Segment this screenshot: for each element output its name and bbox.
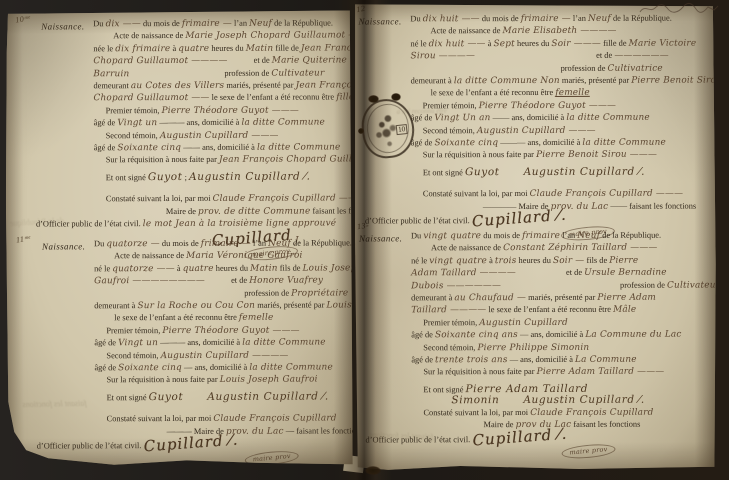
printed-text: demeurant: [93, 81, 130, 90]
handwritten-text: Pierre Théodore Guyot ———: [162, 325, 299, 335]
handwritten-text: quatre: [178, 44, 209, 54]
printed-text: Du: [410, 14, 422, 23]
printed-text: heures du: [516, 256, 553, 265]
printed-text: demeurant à: [94, 301, 137, 310]
handwritten-text: Jean Franc.: [301, 43, 353, 53]
printed-text: et de: [252, 56, 272, 65]
birth-record-entry: 11ᵐᵉNaissance.Du quatorze — du mois de f…: [6, 237, 353, 465]
printed-text: du mois de: [160, 239, 201, 248]
handwritten-text: trente trois ans: [435, 355, 508, 365]
handwritten-text: dix huit ——: [429, 39, 486, 49]
record-line: Maire de prov. de ditte Commune faisant …: [94, 205, 349, 218]
record-line: Sur la réquisition à nous faite par Pier…: [411, 149, 715, 162]
entry-body: Du vingt quatre du mois de frimaire l’an…: [411, 230, 716, 459]
record-line: âgé de Vingt un ——— ans, domicilié à la …: [94, 337, 349, 350]
printed-text: Maire de: [166, 207, 198, 216]
printed-text: fille de: [601, 39, 629, 48]
handwritten-text: frimaire —: [182, 19, 232, 29]
handwritten-text: dix frimaire: [115, 44, 170, 54]
record-line: Et ont signé GuyotAugustin Cupillard ⁄.: [411, 166, 715, 178]
handwritten-text: Chopard Guillaumot ——: [93, 93, 209, 103]
record-line: Chopard Guillaumot ———— et de Marie Quit…: [93, 55, 348, 68]
printed-text: d’Officier public de l’état civil.: [365, 216, 472, 225]
witness-signature: Augustin Cupillard ⁄.: [524, 166, 646, 178]
handwritten-text: Neuf: [588, 14, 611, 24]
left-page: 10ᵐᵉNaissance.Du dix —— du mois de frima…: [5, 10, 353, 465]
entry-type-label: Naissance.: [41, 21, 84, 31]
handwritten-text: femelle: [555, 88, 590, 98]
printed-text: —— ans, domicilié à: [491, 113, 567, 122]
printed-text: Premier témoin,: [423, 101, 479, 110]
record-line: Gaufroi ———————— et de Honore Vuafrey: [94, 275, 349, 288]
handwritten-text: Constant Zéphirin Taillard ———: [503, 243, 657, 253]
printed-text: heures du: [214, 264, 251, 273]
printed-text: Acte de naissance de: [114, 251, 186, 260]
record-line: Second témoin, Augustin Cupillard ———: [94, 129, 349, 142]
handwritten-text: Jean François Chopard Guillaumot: [219, 155, 353, 166]
record-line: née le dix frimaire à quatre heures du M…: [93, 42, 348, 55]
handwritten-text: Neuf: [249, 19, 272, 29]
printed-text: à: [175, 264, 183, 273]
witness-signature: Augustin Cupillard ⁄.: [207, 390, 329, 402]
handwritten-text: au Cotes des Villers: [131, 81, 224, 91]
handwritten-text: Dubois ——————: [411, 281, 501, 291]
handwritten-text: Soixante cinq: [118, 363, 182, 373]
printed-text: à: [487, 256, 495, 265]
printed-text: Acte de naissance de: [113, 31, 185, 40]
entry-type-label: Naissance.: [358, 16, 401, 26]
printed-text: Sur la réquisition à nous faite par: [106, 155, 219, 164]
handwritten-text: fille: [336, 93, 353, 103]
entry-body: Du dix huit —— du mois de frimaire — l’a…: [410, 13, 715, 241]
handwritten-text: La Commune: [575, 355, 637, 365]
printed-text: — ans, domicilié à: [182, 363, 249, 372]
printed-text: demeurant à: [411, 293, 454, 302]
record-line: âgé de Soixante cinq ——— ans, domicilié …: [411, 137, 715, 150]
ink-scribble: [638, 1, 720, 17]
entry-number: 10ᵐᵉ: [15, 13, 32, 24]
printed-text: profession de: [224, 68, 271, 77]
handwritten-text: Claude François Cupillard ———: [530, 189, 684, 199]
record-line: d’Officier public de l’état civil. le mo…: [36, 218, 349, 231]
printed-text: mariés, présenté par: [526, 293, 597, 302]
printed-text: Du: [94, 239, 106, 248]
printed-text: du mois de: [141, 19, 182, 28]
printed-text: Et ont signé: [423, 385, 465, 394]
handwritten-text: La Commune du Lac: [585, 330, 681, 340]
printed-text: Et ont signé: [423, 168, 465, 177]
record-line: demeurant au Cotes des Villers mariés, p…: [93, 79, 348, 92]
record-line: demeurant à la ditte Commune Non mariés,…: [411, 75, 715, 88]
handwritten-text: femelle: [239, 313, 274, 323]
handwritten-text: ——————: [614, 51, 668, 61]
right-page-entries: 12Naissance.Du dix huit —— du mois de fr…: [354, 3, 716, 471]
printed-text: âgé de: [411, 331, 435, 340]
printed-text: le sexe de l’enfant a été reconnu être: [209, 93, 336, 102]
record-line: Constaté suivant la loi, par moi Claude …: [411, 406, 715, 419]
handwritten-text: Pierre Benoit Sirou: [631, 76, 716, 86]
record-line: d’Officier public de l’état civil. Cupil…: [365, 213, 715, 227]
record-line: profession de Propriétaire: [94, 287, 349, 300]
handwritten-text: Gaufroi ————————: [94, 276, 205, 286]
handwritten-text: la ditte Commune: [249, 363, 333, 373]
handwritten-text: Pierre: [609, 256, 638, 266]
handwritten-text: la ditte Commune: [257, 142, 341, 152]
printed-text: né le: [94, 264, 112, 273]
printed-text: demeurant à: [411, 76, 454, 85]
handwritten-text: Jean François: [296, 80, 353, 90]
handwritten-text: Pierre Théodore Guyot ———: [162, 105, 299, 115]
printed-text: à: [486, 39, 494, 48]
record-line: Chopard Guillaumot —— le sexe de l’enfan…: [93, 92, 348, 105]
printed-text: Second témoin,: [106, 351, 160, 360]
printed-text: profession de: [244, 288, 291, 297]
handwritten-text: dix huit ——: [423, 14, 480, 24]
handwritten-text: au Chaufaud —: [454, 293, 526, 303]
entry-number: 12: [356, 4, 366, 14]
printed-text: et de: [564, 268, 584, 277]
left-page-entries: 10ᵐᵉNaissance.Du dix —— du mois de frima…: [5, 10, 353, 465]
witness-signature: Augustin Cupillard ⁄.: [189, 170, 311, 182]
printed-text: mariés, présenté par: [224, 81, 295, 90]
witness-signature: Simonin: [451, 394, 499, 406]
record-line: âgé de Vingt un ——— ans, domicilié à la …: [94, 117, 349, 130]
record-line: Acte de naissance de Marie Elisabeth ———…: [410, 25, 714, 38]
printed-text: Second témoin,: [423, 126, 477, 135]
printed-text: ——— ans, domicilié à: [158, 338, 242, 347]
printed-text: fille de: [273, 43, 301, 52]
record-line: né le dix huit —— à Sept heures du Soir …: [410, 37, 714, 50]
printed-text: heures du: [209, 44, 246, 53]
printed-text: d’Officier public de l’état civil.: [36, 219, 143, 228]
handwritten-text: maire prov: [244, 449, 299, 466]
printed-text: de la République.: [600, 231, 661, 240]
handwritten-text: Vingt Un an: [434, 113, 490, 123]
record-line: Dubois ——————profession de Cultivateur: [411, 279, 715, 292]
handwritten-text: Pierre Adam: [597, 293, 656, 303]
printed-text: âgé de: [94, 143, 118, 152]
handwritten-text: Honore Vuafrey: [249, 276, 323, 286]
record-line: Taillard ———— le sexe de l’enfant a été …: [411, 304, 715, 317]
handwritten-text: maire prov: [561, 442, 616, 460]
handwritten-text: Marie Joseph Chopard Guillaumot ———: [185, 31, 352, 42]
record-line: maire prov: [412, 444, 716, 458]
handwritten-text: Claude François Cupillard: [213, 414, 336, 424]
handwritten-text: le mot Jean à la troisième ligne approuv…: [143, 219, 336, 230]
handwritten-text: Vingt un: [118, 338, 158, 348]
right-page: 12Naissance.Du dix huit —— du mois de fr…: [354, 3, 716, 471]
printed-text: ——— ans, domicilié à: [157, 118, 241, 127]
printed-text: Acte de naissance de: [430, 26, 502, 35]
record-line: Adam Taillard ———— et de Ursule Bernadin…: [411, 267, 715, 280]
handwritten-text: Pierre Théodore Guyot ———: [479, 101, 616, 111]
record-line: Et ont signé Guyot ; Augustin Cupillard …: [94, 171, 349, 183]
handwritten-text: Pierre Philippe Simonin: [477, 343, 589, 353]
handwritten-text: vingt quatre: [429, 256, 487, 266]
printed-text: et de: [594, 51, 614, 60]
handwritten-text: Mâle: [613, 305, 636, 315]
handwritten-text: Augustin Cupillard ———: [160, 130, 279, 140]
handwritten-text: Propriétaire: [291, 288, 348, 298]
handwritten-text: Soir —: [553, 256, 584, 266]
record-line: Sur la réquisition à nous faite par Loui…: [94, 374, 349, 387]
printed-text: Sur la réquisition à nous faite par: [423, 367, 536, 376]
handwritten-text: Augustin Cupillard ————: [161, 350, 289, 360]
record-line: Constaté suivant la loi, par moi Claude …: [94, 193, 349, 206]
record-line: Acte de naissance de Maria Véronique Gau…: [94, 250, 349, 263]
record-line: Constaté suivant la loi, par moi Claude …: [95, 413, 350, 426]
record-line: Premier témoin, Pierre Théodore Guyot ——…: [411, 99, 715, 112]
handwritten-text: Augustin Cupillard: [479, 318, 568, 328]
printed-text: heures du: [515, 39, 552, 48]
printed-text: — ans, domicilié à: [518, 330, 585, 339]
printed-text: Du: [411, 231, 423, 240]
handwritten-text: Barruin: [93, 69, 129, 79]
witness-signature: Guyot: [465, 166, 500, 178]
record-line: Sur la réquisition à nous faite par Pier…: [411, 366, 715, 379]
printed-text: âgé de: [94, 363, 118, 372]
printed-text: Premier témoin,: [106, 106, 162, 115]
record-line: Premier témoin, Pierre Théodore Guyot ——…: [94, 104, 349, 117]
printed-text: Second témoin,: [423, 343, 477, 352]
printed-text: Acte de naissance de: [431, 243, 503, 252]
witness-signature: Guyot: [149, 391, 184, 403]
entry-body: Du dix —— du mois de frimaire — l’an Neu…: [93, 17, 349, 260]
printed-text: Premier témoin,: [106, 326, 162, 335]
witness-signature: Augustin Cupillard ⁄.: [523, 394, 645, 406]
record-line: d’Officier public de l’état civil. Cupil…: [366, 431, 716, 445]
record-line: Du vingt quatre du mois de frimaire l’an…: [411, 230, 715, 243]
birth-record-entry: 10ᵐᵉNaissance.Du dix —— du mois de frima…: [5, 17, 352, 261]
record-line: âgé de Soixante cinq ans — ans, domicili…: [411, 329, 715, 342]
printed-text: Constaté suivant la loi, par moi: [423, 408, 530, 417]
record-line: Second témoin, Augustin Cupillard ———: [411, 124, 715, 137]
record-line: Premier témoin, Augustin Cupillard: [411, 316, 715, 329]
printed-text: âgé de: [411, 355, 435, 364]
printed-text: né le: [410, 39, 428, 48]
handwritten-text: Matin: [250, 263, 278, 273]
entry-body: Du quatorze — du mois de frimaire — l’an…: [94, 237, 350, 465]
handwritten-text: Taillard ————: [411, 306, 486, 316]
handwritten-text: Augustin Cupillard ———: [477, 125, 596, 135]
handwritten-text: vingt quatre: [423, 231, 481, 241]
printed-text: du mois de: [481, 231, 522, 240]
printed-text: âgé de: [94, 118, 118, 127]
printed-text: profession de: [620, 280, 667, 289]
printed-text: l’an: [232, 19, 249, 28]
handwritten-text: trois: [495, 256, 517, 266]
printed-text: Premier témoin,: [423, 318, 479, 327]
record-line: le sexe de l’enfant a été reconnu être f…: [94, 312, 349, 325]
printed-text: Second témoin,: [106, 131, 160, 140]
record-line: Acte de naissance de Constant Zéphirin T…: [411, 242, 715, 255]
printed-text: Constaté suivant la loi, par moi: [106, 194, 213, 203]
handwritten-text: la ditte Commune: [582, 138, 666, 148]
record-line: demeurant à au Chaufaud — mariés, présen…: [411, 292, 715, 305]
printed-text: ——— ans, domicilié à: [498, 138, 582, 147]
printed-text: mariés, présenté par: [560, 76, 631, 85]
handwritten-text: Soixante cinq: [434, 138, 498, 148]
handwritten-text: Neuf: [268, 239, 291, 249]
printed-text: né le: [411, 256, 429, 265]
handwritten-text: Pierre Adam Taillard ———: [537, 367, 665, 377]
printed-text: Sur la réquisition à nous faite par: [106, 375, 219, 384]
ink-blot: [368, 95, 379, 103]
birth-record-entry: 13-Naissance.Du vingt quatre du mois de …: [355, 230, 717, 459]
witness-signature: Guyot: [148, 171, 183, 183]
handwritten-text: Pierre Benoit Sirou ———: [536, 150, 657, 160]
handwritten-text: Cultivateur: [667, 280, 717, 290]
printed-text: le sexe de l’enfant a été reconnu être: [486, 305, 613, 314]
handwritten-text: prov. de ditte Commune: [198, 206, 310, 216]
printed-text: âgé de: [94, 338, 118, 347]
handwritten-text: Adam Taillard ————: [411, 268, 516, 278]
handwritten-text: Claude François Cupillard ———: [213, 194, 353, 205]
handwritten-text: quatorze ——: [112, 264, 175, 274]
handwritten-text: frimaire —: [521, 14, 571, 24]
handwritten-text: frimaire: [522, 231, 560, 241]
printed-text: née le: [93, 44, 115, 53]
handwritten-text: la ditte Commune: [241, 118, 325, 128]
printed-text: Constaté suivant la loi, par moi: [423, 189, 530, 198]
handwritten-text: Chopard Guillaumot ————: [93, 56, 227, 66]
handwritten-text: Claude François Cupillard: [530, 407, 653, 417]
printed-text: profession de: [561, 63, 608, 72]
official-signature: Cupillard ⁄.: [472, 428, 567, 446]
record-line: le sexe de l’enfant a été reconnu être f…: [411, 87, 715, 100]
handwritten-text: Sirou ————: [411, 51, 476, 61]
record-line: Du quatorze — du mois de frimaire — l’an…: [94, 237, 349, 250]
printed-text: faisant les fonctions: [571, 420, 640, 429]
printed-text: le sexe de l’enfant a été reconnu être: [114, 313, 239, 322]
handwritten-text: la ditte Commune: [566, 113, 650, 123]
printed-text: de la République.: [272, 18, 333, 27]
printed-text: —— faisant les fonctions: [608, 201, 696, 210]
printed-text: fils de: [584, 256, 609, 265]
entry-type-label: Naissance.: [42, 241, 85, 251]
handwritten-text: Marie Victoire: [629, 38, 697, 48]
handwritten-text: dix ——: [106, 19, 141, 29]
printed-text: d’Officier public de l’état civil.: [366, 435, 473, 444]
entry-type-label: Naissance.: [359, 233, 402, 243]
record-line: Et ont signé GuyotAugustin Cupillard ⁄.: [95, 391, 350, 403]
printed-text: — faisant les fonctions: [284, 426, 353, 435]
record-line: maire prov: [95, 451, 350, 465]
handwritten-text: Sept: [493, 39, 514, 49]
printed-text: l’an: [251, 239, 268, 248]
printed-text: fils de: [278, 263, 303, 272]
printed-text: du mois de: [480, 14, 521, 23]
printed-text: à: [170, 44, 178, 53]
printed-text: mariés, présenté par: [255, 301, 326, 310]
ink-blot: [358, 128, 364, 134]
handwritten-text: quatre: [183, 264, 214, 274]
printed-text: Du: [93, 19, 105, 28]
record-line: âgé de trente trois ans — ans, domicilié…: [411, 354, 715, 367]
record-line: Acte de naissance de Marie Joseph Chopar…: [93, 30, 348, 43]
ink-blot: [391, 93, 401, 101]
handwritten-text: Cultivateur: [271, 68, 324, 78]
record-line: Second témoin, Augustin Cupillard ————: [94, 349, 349, 362]
scanned-register-spread: 10ᵐᵉNaissance.Du dix —— du mois de frima…: [0, 0, 729, 480]
handwritten-text: la ditte Commune: [242, 338, 326, 348]
shadow-blot: [365, 466, 381, 475]
handwritten-text: Neuf: [577, 231, 600, 241]
printed-text: âgé de: [411, 138, 435, 147]
handwritten-text: Soir ———: [551, 39, 601, 49]
printed-text: —— ans, domicilié à: [181, 143, 257, 152]
handwritten-text: quatorze —: [106, 239, 160, 249]
record-line: Sur la réquisition à nous faite par Jean…: [94, 154, 349, 167]
record-line: âgé de Soixante cinq —— ans, domicilié à…: [94, 141, 349, 154]
handwritten-text: frimaire —: [201, 239, 251, 249]
record-line: Sirou ———— et de ——————: [411, 50, 715, 63]
record-line: Barruinprofession de Cultivateur: [93, 67, 348, 80]
printed-text: faisant les fonctions: [310, 206, 352, 215]
handwritten-text: Marie Quiterine: [272, 56, 347, 66]
printed-text: Constaté suivant la loi, par moi: [107, 414, 214, 423]
printed-text: l’an: [560, 231, 577, 240]
record-line: Constaté suivant la loi, par moi Claude …: [411, 188, 715, 201]
record-line: âgé de Soixante cinq — ans, domicilié à …: [94, 361, 349, 374]
handwritten-text: Soixante cinq ans: [435, 330, 518, 340]
record-line: né le quatorze —— à quatre heures du Mat…: [94, 262, 349, 275]
record-line: âgé de Vingt Un an —— ans, domicilié à l…: [411, 112, 715, 125]
printed-text: le sexe de l’enfant a été reconnu être: [431, 88, 556, 97]
record-line: Second témoin, Pierre Philippe Simonin: [411, 341, 715, 354]
handwritten-text: Louis Joseph Gaufroi: [326, 300, 352, 310]
record-line: né le vingt quatre à trois heures du Soi…: [411, 254, 715, 267]
record-line: profession de Cultivatrice: [411, 62, 715, 75]
printed-text: l’an: [571, 14, 588, 23]
printed-text: d’Officier public de l’état civil.: [37, 441, 144, 450]
handwritten-text: Matin: [246, 43, 274, 53]
official-signature: Cupillard ⁄.: [143, 435, 238, 453]
printed-text: et de: [229, 276, 249, 285]
record-line: Du dix —— du mois de frimaire — l’an Neu…: [93, 17, 348, 30]
record-line: SimoninAugustin Cupillard ⁄.: [411, 395, 715, 407]
handwritten-text: Cultivatrice: [608, 63, 663, 73]
handwritten-text: Marie Elisabeth ————: [503, 26, 617, 36]
printed-text: âgé de: [411, 114, 435, 123]
handwritten-text: Sur la Roche ou Cou Con: [137, 301, 255, 311]
record-line: demeurant à Sur la Roche ou Cou Con mari…: [94, 299, 349, 312]
handwritten-text: Soixante cinq: [117, 143, 181, 153]
printed-text: Sur la réquisition à nous faite par: [423, 150, 536, 159]
stamp-number: 10: [396, 124, 408, 135]
official-signature: Cupillard ⁄.: [471, 210, 566, 228]
handwritten-text: Vingt un: [117, 118, 157, 128]
handwritten-text: la ditte Commune Non: [454, 76, 560, 86]
entry-number: 13-: [356, 221, 369, 232]
printed-text: — ans, domicilié à: [508, 355, 575, 364]
record-line: d’Officier public de l’état civil. Cupil…: [37, 437, 350, 451]
handwritten-text: Maria Véronique Gaufroi: [186, 251, 302, 261]
printed-text: de la République.: [291, 238, 352, 247]
handwritten-text: Louis Joseph Gaufroi: [220, 375, 318, 385]
printed-text: Et ont signé: [106, 173, 148, 182]
handwritten-text: Louis Joseph: [303, 263, 353, 273]
printed-text: Et ont signé: [107, 393, 149, 402]
entry-number: 11ᵐᵉ: [15, 234, 31, 245]
handwritten-text: Ursule Bernadine: [584, 268, 667, 278]
record-line: Premier témoin, Pierre Théodore Guyot ——…: [94, 324, 349, 337]
